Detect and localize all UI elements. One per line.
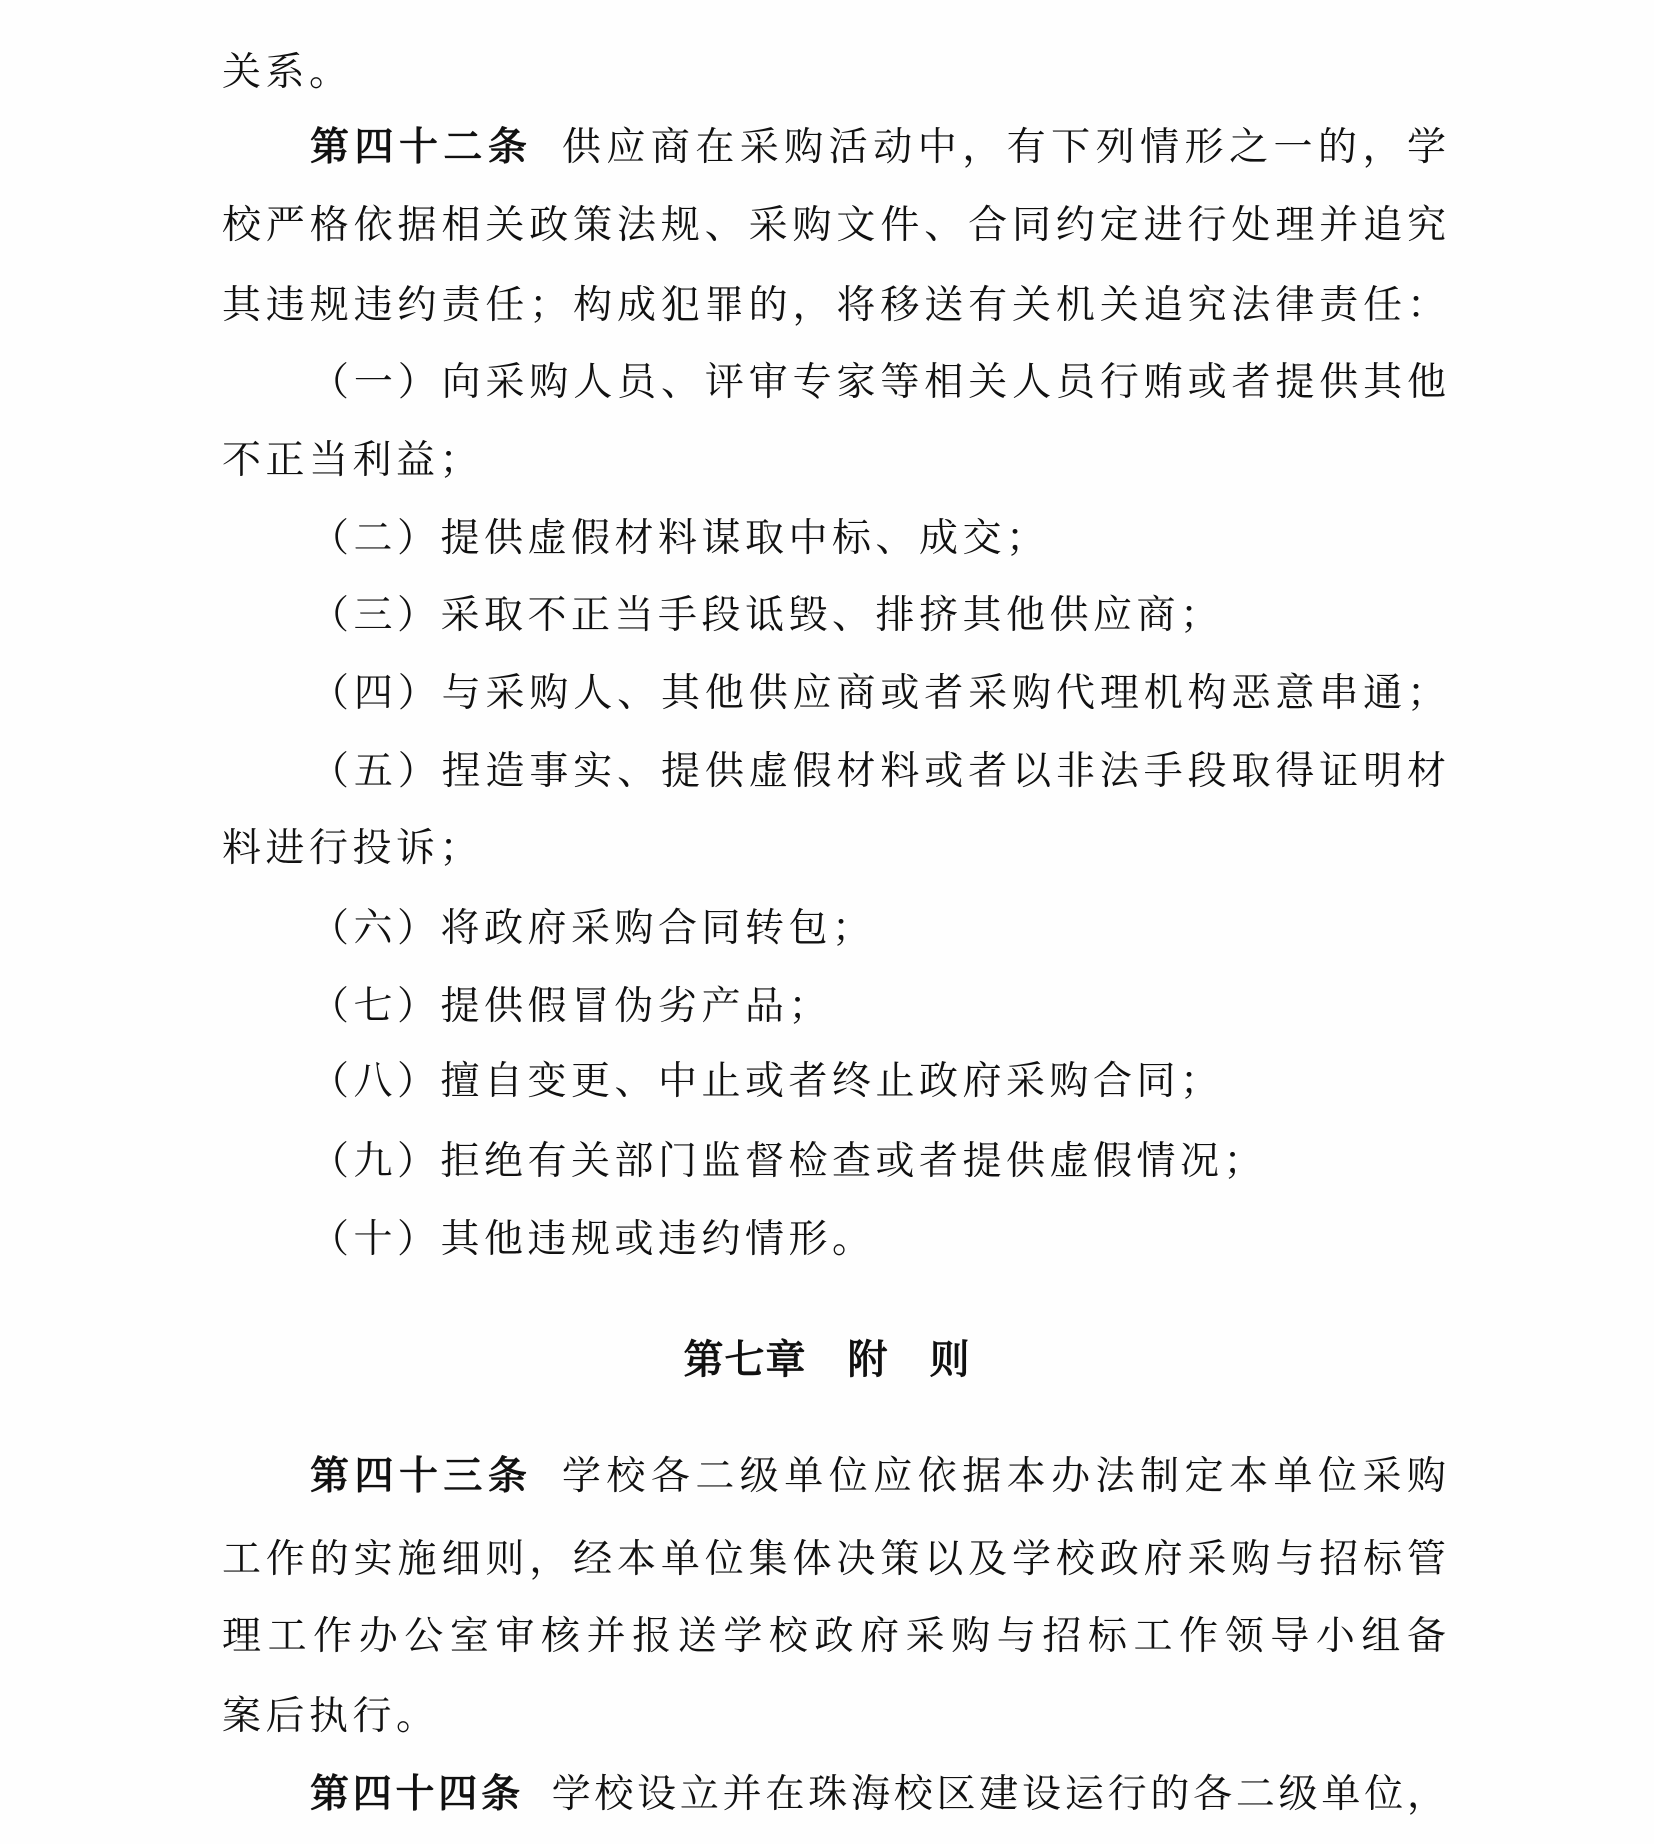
list-item-10: （十）其他违规或违约情形。 <box>222 1212 1446 1268</box>
line-text: （六）将政府采购合同转包； <box>310 906 876 951</box>
line-text: （八）擅自变更、中止或者终止政府采购合同； <box>310 1059 1224 1104</box>
line-text: 案后执行。 <box>222 1694 440 1739</box>
paragraph-line: 工作的实施细则，经本单位集体决策以及学校政府采购与招标管 <box>222 1532 1446 1588</box>
line-text: （三）采取不正当手段诋毁、排挤其他供应商； <box>310 593 1224 638</box>
article-44-first-line: 第四十四条学校设立并在珠海校区建设运行的各二级单位， <box>222 1767 1446 1823</box>
line-text: （五）捏造事实、提供虚假材料或者以非法手段取得证明材 <box>310 749 1446 794</box>
paragraph-line: 其违规违约责任；构成犯罪的，将移送有关机关追究法律责任： <box>222 278 1446 334</box>
article-42-first-line: 第四十二条供应商在采购活动中，有下列情形之一的，学 <box>222 120 1446 176</box>
article-43-first-line: 第四十三条学校各二级单位应依据本办法制定本单位采购 <box>222 1449 1446 1505</box>
line-text: 学校各二级单位应依据本办法制定本单位采购 <box>556 1454 1446 1499</box>
line-text: 不正当利益； <box>222 438 483 483</box>
paragraph-line: 不正当利益； <box>222 433 1446 489</box>
list-item-9: （九）拒绝有关部门监督检查或者提供虚假情况； <box>222 1134 1446 1190</box>
line-text: （十）其他违规或违约情形。 <box>310 1217 876 1262</box>
line-text: （七）提供假冒伪劣产品； <box>310 984 832 1029</box>
list-item-8: （八）擅自变更、中止或者终止政府采购合同； <box>222 1054 1446 1110</box>
line-text: 学校设立并在珠海校区建设运行的各二级单位， <box>548 1772 1446 1817</box>
line-text: （九）拒绝有关部门监督检查或者提供虚假情况； <box>310 1139 1267 1184</box>
paragraph-line: 校严格依据相关政策法规、采购文件、合同约定进行处理并追究 <box>222 198 1446 254</box>
line-text: （二）提供虚假材料谋取中标、成交； <box>310 516 1050 561</box>
article-label: 第四十二条 <box>310 125 532 170</box>
list-item-5: （五）捏造事实、提供虚假材料或者以非法手段取得证明材 <box>222 744 1446 800</box>
list-item-3: （三）采取不正当手段诋毁、排挤其他供应商； <box>222 588 1446 644</box>
line-text: （四）与采购人、其他供应商或者采购代理机构恶意串通； <box>310 671 1446 716</box>
line-text: 供应商在采购活动中，有下列情形之一的，学 <box>556 125 1446 170</box>
line-text: 关系。 <box>222 50 353 95</box>
list-item-1: （一）向采购人员、评审专家等相关人员行贿或者提供其他 <box>222 355 1446 411</box>
document-page: 关系。 第四十二条供应商在采购活动中，有下列情形之一的，学 校严格依据相关政策法… <box>0 0 1654 1844</box>
list-item-2: （二）提供虚假材料谋取中标、成交； <box>222 511 1446 567</box>
paragraph-line: 理工作办公室审核并报送学校政府采购与招标工作领导小组备 <box>222 1609 1446 1665</box>
line-text: 工作的实施细则，经本单位集体决策以及学校政府采购与招标管 <box>222 1537 1446 1582</box>
line-text: 其违规违约责任；构成犯罪的，将移送有关机关追究法律责任： <box>222 283 1446 328</box>
paragraph-line: 关系。 <box>222 45 1446 101</box>
list-item-6: （六）将政府采购合同转包； <box>222 901 1446 957</box>
paragraph-line: 案后执行。 <box>222 1689 1446 1745</box>
paragraph-line: 料进行投诉； <box>222 821 1446 877</box>
article-label: 第四十四条 <box>310 1772 524 1817</box>
line-text: 料进行投诉； <box>222 826 483 871</box>
list-item-4: （四）与采购人、其他供应商或者采购代理机构恶意串通； <box>222 666 1446 722</box>
line-text: 理工作办公室审核并报送学校政府采购与招标工作领导小组备 <box>222 1614 1446 1659</box>
article-label: 第四十三条 <box>310 1454 532 1499</box>
line-text: 校严格依据相关政策法规、采购文件、合同约定进行处理并追究 <box>222 203 1446 248</box>
list-item-7: （七）提供假冒伪劣产品； <box>222 979 1446 1035</box>
chapter-heading: 第七章 附 则 <box>0 1332 1654 1388</box>
line-text: （一）向采购人员、评审专家等相关人员行贿或者提供其他 <box>310 360 1446 405</box>
